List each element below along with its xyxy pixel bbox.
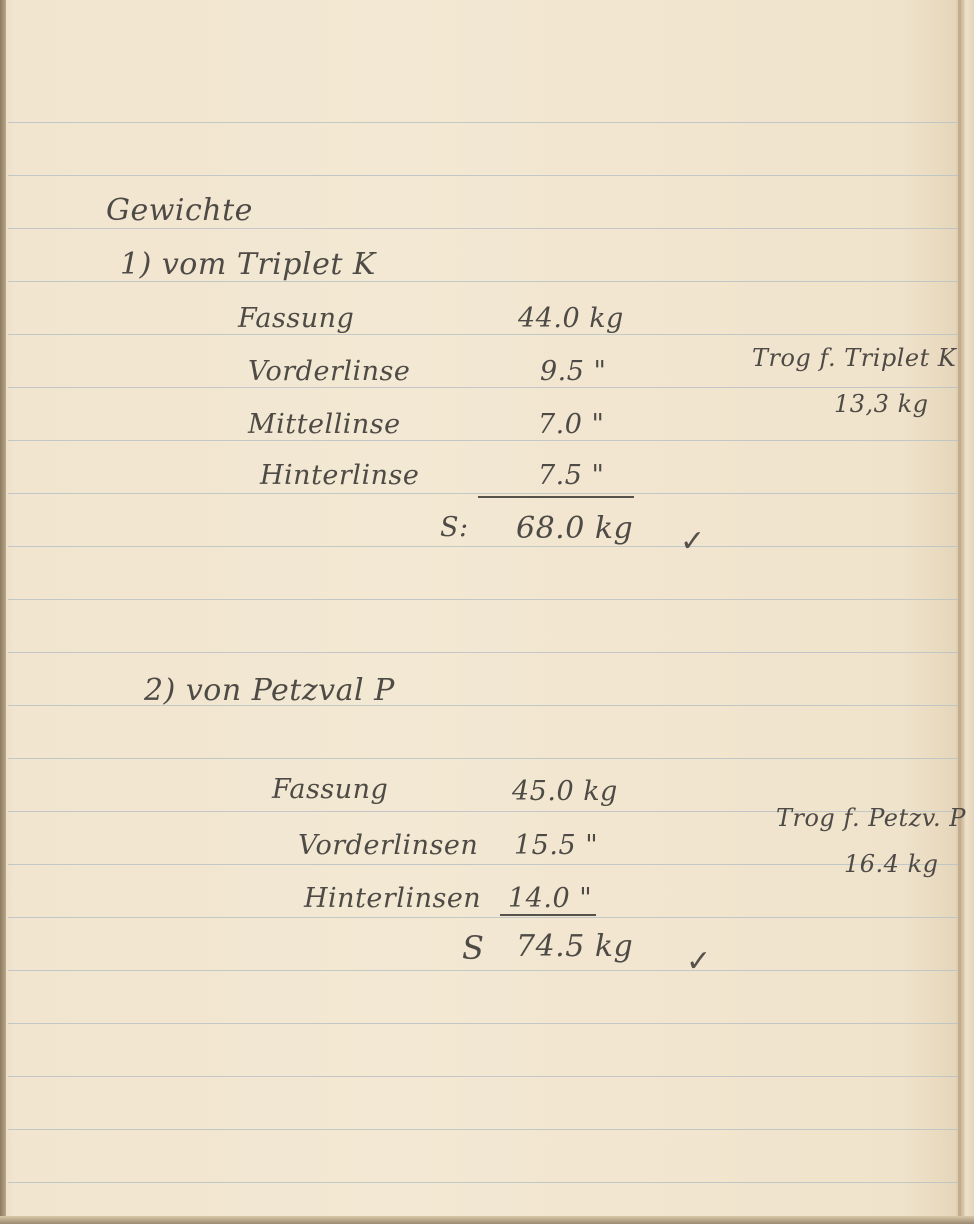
item-label: Hinterlinsen — [304, 885, 481, 912]
sum-label: S: — [440, 514, 469, 541]
item-value: 14.0 " — [508, 885, 592, 912]
page-edge — [958, 0, 961, 1224]
ruled-line — [8, 228, 958, 229]
sum-label: S — [462, 932, 484, 964]
item-value: 15.5 " — [514, 832, 598, 859]
section-title: 2) von Petzval P — [144, 676, 395, 706]
sum-underline — [478, 496, 634, 498]
binding-spine — [0, 0, 6, 1224]
side-note-line2: 16.4 kg — [844, 852, 938, 876]
ruled-line — [8, 1182, 958, 1183]
item-value: 7.5 " — [538, 462, 604, 489]
ruled-line — [8, 493, 958, 494]
check-mark-icon: ✓ — [686, 944, 711, 979]
item-value: 44.0 kg — [518, 305, 624, 332]
item-value: 9.5 " — [540, 358, 606, 385]
page-heading: Gewichte — [106, 196, 253, 226]
ruled-line — [8, 122, 958, 123]
item-label: Fassung — [238, 305, 354, 332]
item-value: 7.0 " — [538, 411, 604, 438]
ruled-line — [8, 1129, 958, 1130]
check-mark-icon: ✓ — [680, 524, 705, 559]
ruled-line — [8, 387, 958, 388]
page-bottom-edge — [0, 1216, 974, 1224]
ruled-line — [8, 917, 958, 918]
sum-value: 74.5 kg — [516, 932, 633, 962]
side-note-line2: 13,3 kg — [834, 392, 928, 416]
ruled-line — [8, 546, 958, 547]
section-title: 1) vom Triplet K — [120, 250, 376, 280]
item-label: Fassung — [272, 776, 388, 803]
ruled-line — [8, 440, 958, 441]
side-note-line1: Trog f. Triplet K — [752, 346, 956, 370]
ruled-line — [8, 970, 958, 971]
item-label: Vorderlinse — [248, 358, 410, 385]
ruled-line — [8, 652, 958, 653]
sum-underline — [500, 914, 596, 916]
ruled-line — [8, 864, 958, 865]
item-label: Vorderlinsen — [298, 832, 478, 859]
ruled-line — [8, 334, 958, 335]
item-label: Mittellinse — [248, 411, 401, 438]
side-note-line1: Trog f. Petzv. P — [776, 806, 966, 830]
item-label: Hinterlinse — [260, 462, 419, 489]
ruled-line — [8, 758, 958, 759]
item-value: 45.0 kg — [512, 778, 618, 805]
ruled-line — [8, 1023, 958, 1024]
notebook-page: Gewichte 1) vom Triplet K Fassung 44.0 k… — [0, 0, 974, 1224]
ruled-line — [8, 599, 958, 600]
sum-value: 68.0 kg — [516, 514, 633, 544]
ruled-line — [8, 175, 958, 176]
ruled-line — [8, 1076, 958, 1077]
